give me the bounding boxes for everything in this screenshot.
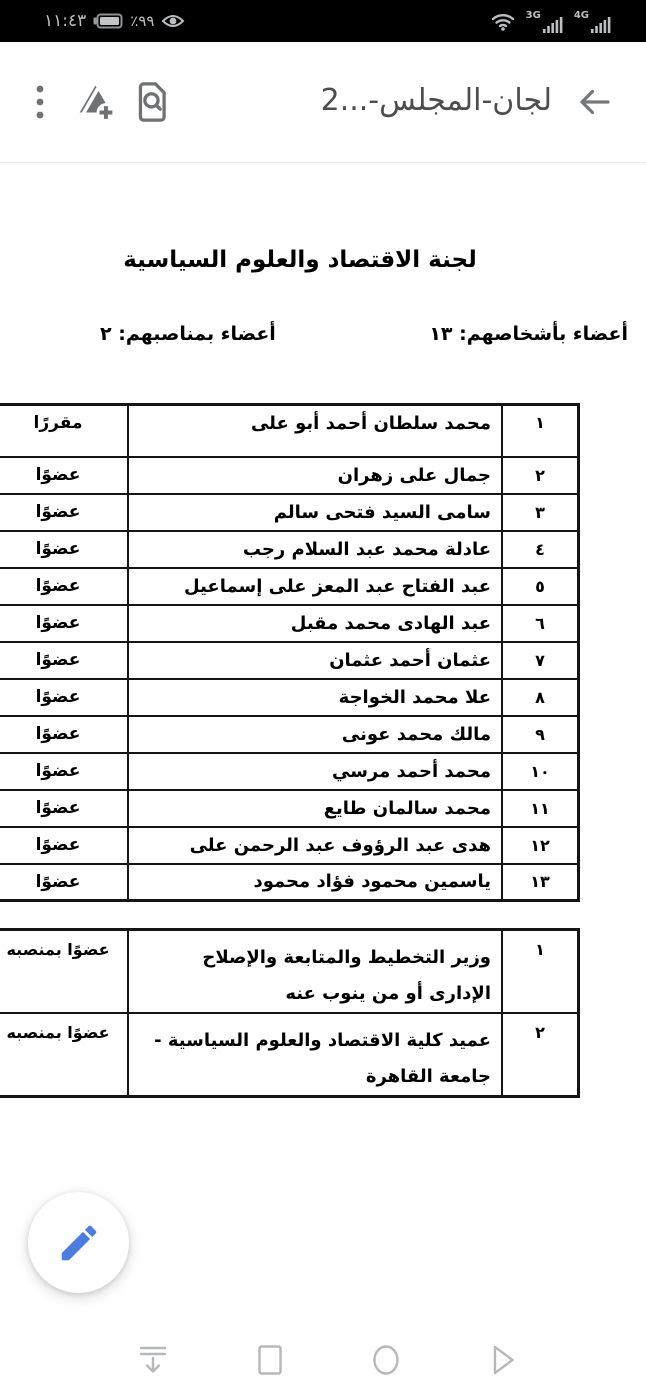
recents-icon bbox=[252, 1342, 288, 1378]
member-role: عضوًا بمنصبه bbox=[0, 1013, 128, 1097]
table-row: ١٢هدى عبد الرؤوف عبد الرحمن علىعضوًا bbox=[0, 827, 579, 864]
wifi-icon bbox=[490, 10, 516, 32]
status-bar: ١١:٤٣ ٪٩٩ bbox=[0, 0, 646, 42]
row-number: ١ bbox=[502, 930, 579, 1014]
member-role: عضوًا bbox=[0, 827, 128, 864]
member-name: علا محمد الخواجة bbox=[128, 679, 502, 716]
table-row: ٣سامى السيد فتحى سالمعضوًا bbox=[0, 494, 579, 531]
member-role: عضوًا bbox=[0, 864, 128, 901]
members-by-person-count: أعضاء بأشخاصهم: ١٣ bbox=[429, 323, 628, 345]
members-table: ١محمد سلطان أحمد أبو علىمقررًا٢جمال على … bbox=[0, 403, 580, 902]
row-number: ١٠ bbox=[502, 753, 579, 790]
clock-text: ١١:٤٣ bbox=[44, 11, 86, 31]
pdf-page: لجنة الاقتصاد والعلوم السياسية أعضاء بأش… bbox=[0, 247, 646, 1098]
home-button[interactable] bbox=[368, 1342, 404, 1378]
network-3g-indicator: 3G bbox=[526, 9, 564, 34]
member-role: عضوًا بمنصبه bbox=[0, 930, 128, 1014]
table-row: ١١محمد سالمان طايععضوًا bbox=[0, 790, 579, 827]
table-row: ٩مالك محمد عونىعضوًا bbox=[0, 716, 579, 753]
back-icon bbox=[576, 84, 612, 120]
member-role: عضوًا bbox=[0, 679, 128, 716]
bottom-navigation bbox=[0, 1320, 646, 1400]
member-role: عضوًا bbox=[0, 531, 128, 568]
signal-bars-icon bbox=[590, 16, 612, 34]
table-row: ١٣ياسمين محمود فؤاد محمودعضوًا bbox=[0, 864, 579, 901]
add-to-drive-icon bbox=[75, 81, 117, 123]
member-role: عضوًا bbox=[0, 457, 128, 494]
home-icon bbox=[368, 1342, 404, 1378]
row-number: ١٢ bbox=[502, 827, 579, 864]
table-row: ١وزير التخطيط والمتابعة والإصلاح الإدارى… bbox=[0, 930, 579, 1014]
table-row: ٥عبد الفتاح عبد المعز على إسماعيلعضوًا bbox=[0, 568, 579, 605]
table-row: ٢عميد كلية الاقتصاد والعلوم السياسية - ج… bbox=[0, 1013, 579, 1097]
add-to-drive-button[interactable] bbox=[68, 74, 124, 130]
member-name: عبد الهادى محمد مقبل bbox=[128, 605, 502, 642]
hide-navbar-icon bbox=[134, 1342, 172, 1378]
signal-bars-icon bbox=[542, 16, 564, 34]
member-name: ياسمين محمود فؤاد محمود bbox=[128, 864, 502, 901]
members-by-position-count: أعضاء بمناصبهم: ٢ bbox=[100, 323, 276, 345]
network-4g-label: 4G bbox=[574, 10, 589, 21]
network-3g-label: 3G bbox=[526, 10, 541, 21]
member-role: مقررًا bbox=[0, 405, 128, 457]
member-name: عميد كلية الاقتصاد والعلوم السياسية - جا… bbox=[128, 1013, 502, 1097]
phone-screen: ١١:٤٣ ٪٩٩ bbox=[0, 0, 646, 1400]
row-number: ٣ bbox=[502, 494, 579, 531]
row-number: ٦ bbox=[502, 605, 579, 642]
row-number: ٨ bbox=[502, 679, 579, 716]
recents-button[interactable] bbox=[252, 1342, 288, 1378]
table-row: ٦عبد الهادى محمد مقبلعضوًا bbox=[0, 605, 579, 642]
row-number: ١ bbox=[502, 405, 579, 457]
status-left-cluster: ١١:٤٣ ٪٩٩ bbox=[44, 11, 185, 31]
hide-navbar-button[interactable] bbox=[134, 1342, 172, 1378]
edit-fab[interactable] bbox=[28, 1192, 129, 1293]
member-name: عادلة محمد عبد السلام رجب bbox=[128, 531, 502, 568]
file-title: لجان-المجلس-...2 bbox=[321, 83, 552, 118]
member-role: عضوًا bbox=[0, 605, 128, 642]
row-number: ٩ bbox=[502, 716, 579, 753]
battery-percent-text: ٪٩٩ bbox=[130, 12, 154, 30]
member-role: عضوًا bbox=[0, 716, 128, 753]
member-name: مالك محمد عونى bbox=[128, 716, 502, 753]
position-members-table: ١وزير التخطيط والمتابعة والإصلاح الإدارى… bbox=[0, 928, 580, 1098]
member-name: عبد الفتاح عبد المعز على إسماعيل bbox=[128, 568, 502, 605]
member-name: محمد سالمان طايع bbox=[128, 790, 502, 827]
member-name: محمد أحمد مرسي bbox=[128, 753, 502, 790]
back-nav-button[interactable] bbox=[484, 1342, 520, 1378]
overflow-menu-button[interactable] bbox=[12, 74, 68, 130]
network-4g-indicator: 4G bbox=[574, 9, 612, 34]
member-name: عثمان أحمد عثمان bbox=[128, 642, 502, 679]
find-in-document-button[interactable] bbox=[124, 74, 180, 130]
member-name: سامى السيد فتحى سالم bbox=[128, 494, 502, 531]
row-number: ١٣ bbox=[502, 864, 579, 901]
table-row: ١محمد سلطان أحمد أبو علىمقررًا bbox=[0, 405, 579, 457]
status-right-cluster: 3G 4G bbox=[490, 9, 612, 34]
member-counts-row: أعضاء بأشخاصهم: ١٣ أعضاء بمناصبهم: ٢ bbox=[0, 323, 646, 345]
table-row: ٨علا محمد الخواجةعضوًا bbox=[0, 679, 579, 716]
member-role: عضوًا bbox=[0, 790, 128, 827]
member-name: جمال على زهران bbox=[128, 457, 502, 494]
row-number: ٢ bbox=[502, 457, 579, 494]
member-role: عضوًا bbox=[0, 642, 128, 679]
member-role: عضوًا bbox=[0, 753, 128, 790]
eye-protection-icon bbox=[161, 12, 185, 30]
edit-icon bbox=[56, 1220, 102, 1266]
find-in-document-icon bbox=[133, 80, 171, 124]
row-number: ٥ bbox=[502, 568, 579, 605]
member-role: عضوًا bbox=[0, 568, 128, 605]
app-bar: لجان-المجلس-...2 bbox=[0, 42, 646, 163]
member-name: هدى عبد الرؤوف عبد الرحمن على bbox=[128, 827, 502, 864]
row-number: ١١ bbox=[502, 790, 579, 827]
table-row: ٤عادلة محمد عبد السلام رجبعضوًا bbox=[0, 531, 579, 568]
row-number: ٧ bbox=[502, 642, 579, 679]
row-number: ٢ bbox=[502, 1013, 579, 1097]
row-number: ٤ bbox=[502, 531, 579, 568]
member-role: عضوًا bbox=[0, 494, 128, 531]
committee-title: لجنة الاقتصاد والعلوم السياسية bbox=[0, 247, 600, 273]
battery-icon bbox=[93, 13, 123, 29]
table-row: ١٠محمد أحمد مرسيعضوًا bbox=[0, 753, 579, 790]
member-name: وزير التخطيط والمتابعة والإصلاح الإدارى … bbox=[128, 930, 502, 1014]
table-row: ٧عثمان أحمد عثمانعضوًا bbox=[0, 642, 579, 679]
back-nav-icon bbox=[484, 1342, 520, 1378]
table-row: ٢جمال على زهرانعضوًا bbox=[0, 457, 579, 494]
overflow-menu-icon bbox=[35, 84, 45, 120]
back-button[interactable] bbox=[566, 74, 622, 130]
member-name: محمد سلطان أحمد أبو على bbox=[128, 405, 502, 457]
